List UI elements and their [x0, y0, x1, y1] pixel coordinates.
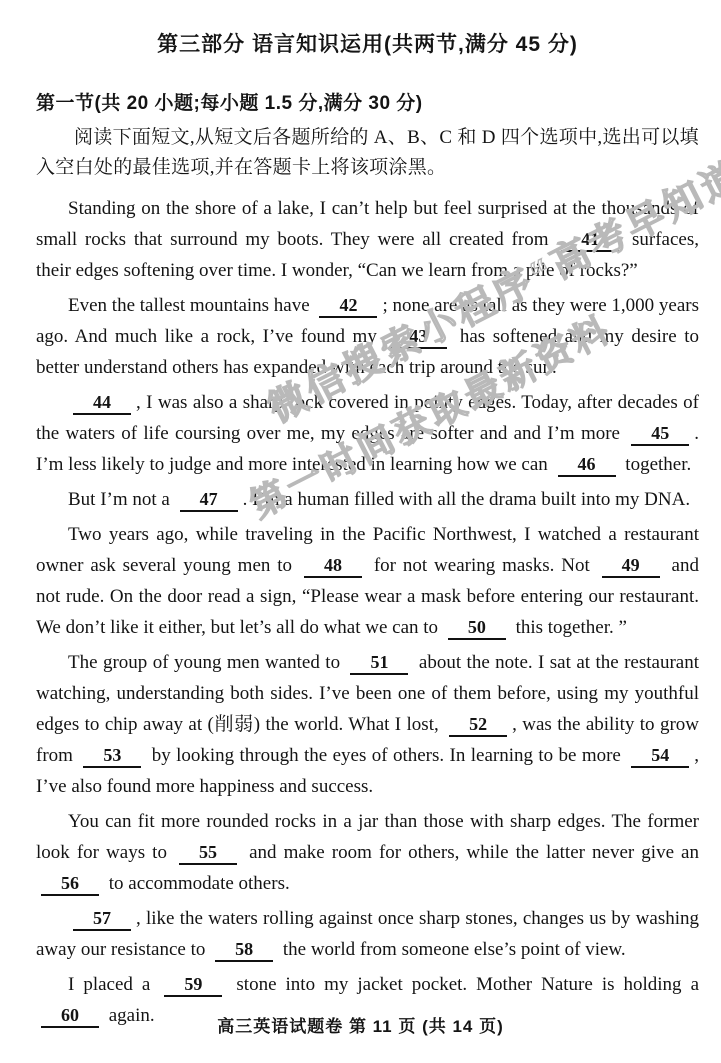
passage-paragraph: You can fit more rounded rocks in a jar … — [36, 806, 699, 899]
passage-paragraph: Standing on the shore of a lake, I can’t… — [36, 193, 699, 286]
passage-paragraph: The group of young men wanted to 51 abou… — [36, 647, 699, 802]
section-heading: 第一节(共 20 小题;每小题 1.5 分,满分 30 分) — [36, 88, 699, 115]
blank-48: 48 — [304, 554, 362, 578]
blank-52: 52 — [449, 713, 507, 737]
passage-paragraph: 57, like the waters rolling against once… — [36, 903, 699, 965]
blank-43: 43 — [389, 325, 447, 349]
blank-54: 54 — [631, 744, 689, 768]
blank-46: 46 — [558, 453, 616, 477]
blank-53: 53 — [83, 744, 141, 768]
passage-paragraph: Even the tallest mountains have 42; none… — [36, 290, 699, 383]
blank-56: 56 — [41, 872, 99, 896]
instructions-text: 阅读下面短文,从短文后各题所给的 A、B、C 和 D 四个选项中,选出可以填入空… — [36, 123, 699, 183]
blank-55: 55 — [179, 841, 237, 865]
blank-51: 51 — [350, 651, 408, 675]
blank-58: 58 — [215, 938, 273, 962]
blank-59: 59 — [164, 973, 222, 997]
blank-45: 45 — [631, 422, 689, 446]
part-title: 第三部分 语言知识运用(共两节,满分 45 分) — [36, 28, 699, 58]
blank-42: 42 — [319, 294, 377, 318]
blank-44: 44 — [73, 391, 131, 415]
blank-57: 57 — [73, 907, 131, 931]
passage-paragraph: Two years ago, while traveling in the Pa… — [36, 519, 699, 643]
cloze-passage: Standing on the shore of a lake, I can’t… — [36, 193, 699, 1031]
passage-paragraph: 44, I was also a sharp rock covered in p… — [36, 387, 699, 480]
blank-41: 41 — [561, 228, 619, 252]
blank-49: 49 — [602, 554, 660, 578]
blank-47: 47 — [180, 488, 238, 512]
passage-paragraph: But I’m not a 47. I’m a human filled wit… — [36, 484, 699, 515]
page-footer: 高三英语试题卷 第 11 页 (共 14 页) — [0, 1012, 721, 1037]
blank-50: 50 — [448, 616, 506, 640]
exam-page: 微信搜索小程序“高考早知道” 第一时间获取最新资料 第三部分 语言知识运用(共两… — [0, 0, 721, 1063]
